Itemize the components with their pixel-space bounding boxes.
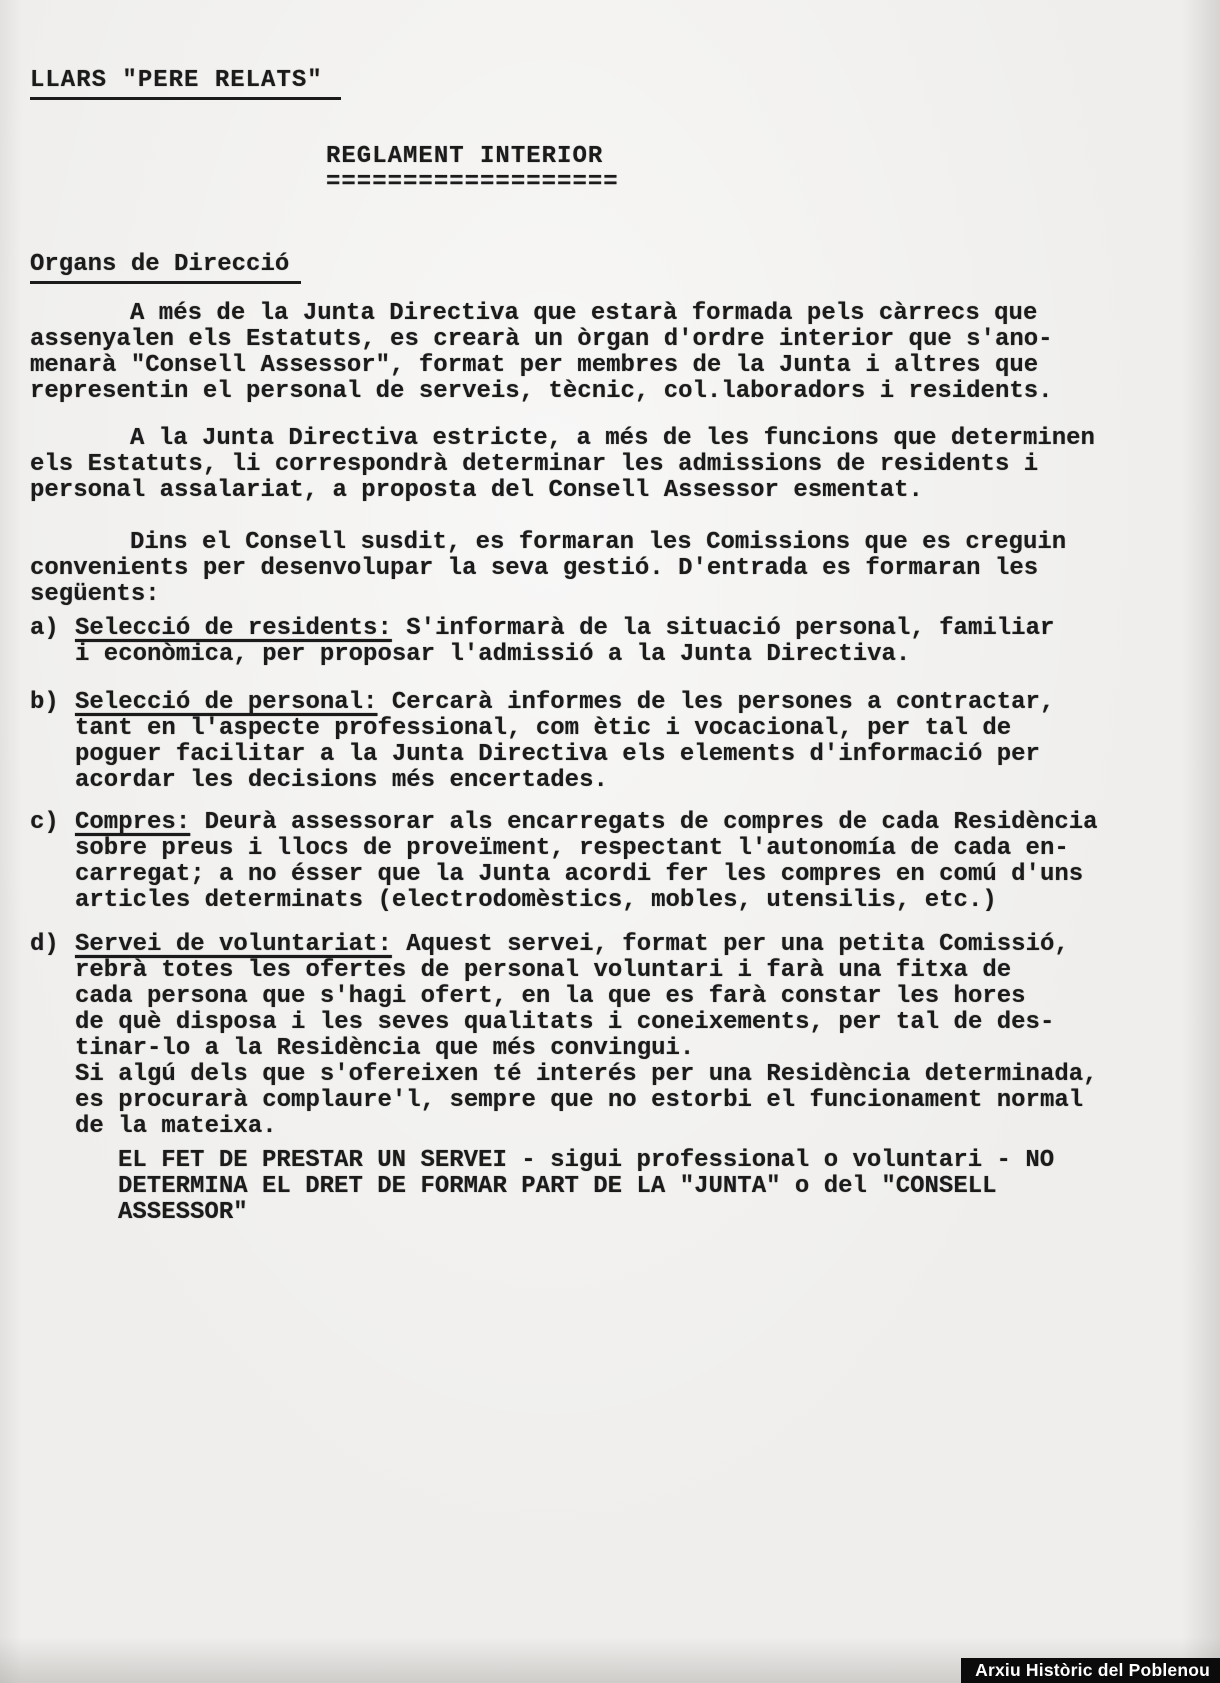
title-underline-rule: ===================: [326, 170, 1190, 196]
text-line: menarà "Consell Assessor", format per me…: [30, 353, 1190, 379]
list-item-a-continuation: i econòmica, per proposar l'admissió a l…: [75, 642, 1190, 668]
letterhead: LLARS "PERE RELATS": [30, 68, 341, 100]
text-line: EL FET DE PRESTAR UN SERVEI - sigui prof…: [118, 1148, 1190, 1174]
text-line: de la mateixa.: [75, 1114, 1190, 1140]
text-line: i econòmica, per proposar l'admissió a l…: [75, 642, 1190, 668]
archive-watermark-label: Arxiu Històric del Poblenou: [975, 1658, 1210, 1683]
archive-watermark-bar: Arxiu Històric del Poblenou: [961, 1658, 1220, 1683]
list-item-d-label: Servei de voluntariat:: [75, 931, 392, 958]
text-line: es procurarà complaure'l, sempre que no …: [75, 1088, 1190, 1114]
text-line: convenients per desenvolupar la seva ges…: [30, 556, 1190, 582]
paragraph-1: A més de la Junta Directiva que estarà f…: [30, 301, 1190, 405]
text-line: cada persona que s'hagi ofert, en la que…: [75, 984, 1190, 1010]
list-item-d-text: Aquest servei, format per una petita Com…: [392, 931, 1069, 958]
text-line: ASSESSOR": [118, 1200, 1190, 1226]
text-line: de què disposa i les seves qualitats i c…: [75, 1010, 1190, 1036]
text-line: sobre preus i llocs de proveïment, respe…: [75, 836, 1190, 862]
list-item-b-continuation: tant en l'aspecte professional, com ètic…: [75, 716, 1190, 794]
section-heading-row: Organs de Direcció: [30, 252, 1190, 284]
list-item-c-text: Deurà assessorar als encarregats de comp…: [190, 809, 1097, 836]
text-line: DETERMINA EL DRET DE FORMAR PART DE LA "…: [118, 1174, 1190, 1200]
list-item-c-marker: c): [30, 810, 59, 836]
scanned-document-page: LLARS "PERE RELATS" REGLAMENT INTERIOR =…: [0, 0, 1220, 1683]
list-item-d: d) Servei de voluntariat: Aquest servei,…: [30, 932, 1190, 1140]
text-line: Si algú dels que s'ofereixen té interés …: [75, 1062, 1190, 1088]
list-item-b-text: Cercarà informes de les persones a contr…: [377, 689, 1054, 716]
list-item-b: b) Selecció de personal: Cercarà informe…: [30, 690, 1190, 794]
list-item-d-first-line: Servei de voluntariat: Aquest servei, fo…: [75, 932, 1190, 958]
text-line: carregat; a no ésser que la Junta acordi…: [75, 862, 1190, 888]
text-line: A més de la Junta Directiva que estarà f…: [30, 301, 1190, 327]
text-line: representin el personal de serveis, tècn…: [30, 379, 1190, 405]
section-heading: Organs de Direcció: [30, 252, 301, 284]
text-line: acordar les decisions més encertades.: [75, 768, 1190, 794]
list-item-b-first-line: Selecció de personal: Cercarà informes d…: [75, 690, 1190, 716]
list-item-a: a) Selecció de residents: S'informarà de…: [30, 616, 1190, 668]
list-item-d-marker: d): [30, 932, 59, 958]
list-item-d-continuation: rebrà totes les ofertes de personal volu…: [75, 958, 1190, 1140]
text-line: poguer facilitar a la Junta Directiva el…: [75, 742, 1190, 768]
text-line: rebrà totes les ofertes de personal volu…: [75, 958, 1190, 984]
list-item-b-marker: b): [30, 690, 59, 716]
text-line: A la Junta Directiva estricte, a més de …: [30, 426, 1190, 452]
list-item-c-first-line: Compres: Deurà assessorar als encarregat…: [75, 810, 1190, 836]
title-block: REGLAMENT INTERIOR ===================: [326, 144, 1190, 196]
closing-statement: EL FET DE PRESTAR UN SERVEI - sigui prof…: [30, 1148, 1190, 1226]
paragraph-3: Dins el Consell susdit, es formaran les …: [30, 530, 1190, 608]
text-line: tant en l'aspecte professional, com ètic…: [75, 716, 1190, 742]
text-line: tinar-lo a la Residència que més conving…: [75, 1036, 1190, 1062]
text-line: personal assalariat, a proposta del Cons…: [30, 478, 1190, 504]
list-item-c: c) Compres: Deurà assessorar als encarre…: [30, 810, 1190, 914]
list-item-c-continuation: sobre preus i llocs de proveïment, respe…: [75, 836, 1190, 914]
text-line: els Estatuts, li correspondrà determinar…: [30, 452, 1190, 478]
text-line: Dins el Consell susdit, es formaran les …: [30, 530, 1190, 556]
list-item-a-marker: a): [30, 616, 59, 642]
list-item-a-first-line: Selecció de residents: S'informarà de la…: [75, 616, 1190, 642]
list-item-a-label: Selecció de residents:: [75, 615, 392, 642]
list-item-b-label: Selecció de personal:: [75, 689, 377, 716]
text-line: assenyalen els Estatuts, es crearà un òr…: [30, 327, 1190, 353]
list-item-c-label: Compres:: [75, 809, 190, 836]
document-title: REGLAMENT INTERIOR: [326, 144, 1190, 170]
list-item-a-text: S'informarà de la situació personal, fam…: [392, 615, 1055, 642]
text-line: articles determinats (electrodomèstics, …: [75, 888, 1190, 914]
text-line: següents:: [30, 582, 1190, 608]
paragraph-2: A la Junta Directiva estricte, a més de …: [30, 426, 1190, 504]
